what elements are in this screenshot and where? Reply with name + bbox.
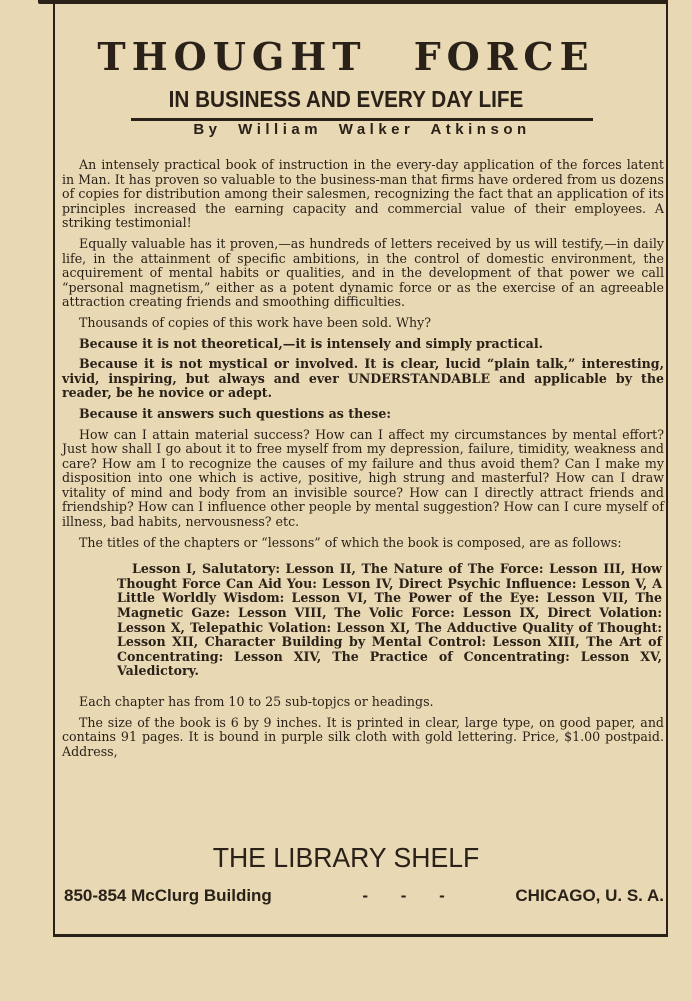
publisher-address: 850-854 McClurg Building - - - CHICAGO, … [64, 886, 664, 906]
author-byline: By William Walker Atkinson [131, 121, 593, 138]
reason-questions: Because it answers such questions as the… [62, 407, 664, 422]
book-subtitle: IN BUSINESS AND EVERY DAY LIFE [35, 86, 658, 113]
questions-paragraph: How can I attain material success? How c… [62, 428, 664, 530]
city: CHICAGO, U. S. A. [515, 886, 664, 906]
reason-understandable: Because it is not mystical or involved. … [62, 357, 664, 401]
ad-body: An intensely practical book of instructi… [62, 158, 664, 765]
details-paragraph: The size of the book is 6 by 9 inches. I… [62, 716, 664, 760]
value-paragraph: Equally valuable has it proven,—as hundr… [62, 237, 664, 310]
lessons-list: Lesson I, Salutatory: Lesson II, The Nat… [117, 562, 662, 679]
sold-paragraph: Thousands of copies of this work have be… [62, 316, 664, 331]
intro-paragraph: An intensely practical book of instructi… [62, 158, 664, 231]
subtopics-paragraph: Each chapter has from 10 to 25 sub-topjc… [62, 695, 664, 710]
lessons-intro: The titles of the chapters or “lessons” … [62, 536, 664, 551]
book-title: THOUGHT FORCE [0, 34, 692, 79]
street-address: 850-854 McClurg Building [64, 886, 272, 906]
reason-practical: Because it is not theoretical,—it is int… [62, 337, 664, 352]
address-dashes: - - - [362, 886, 458, 906]
publisher-name: THE LIBRARY SHELF [17, 842, 674, 874]
